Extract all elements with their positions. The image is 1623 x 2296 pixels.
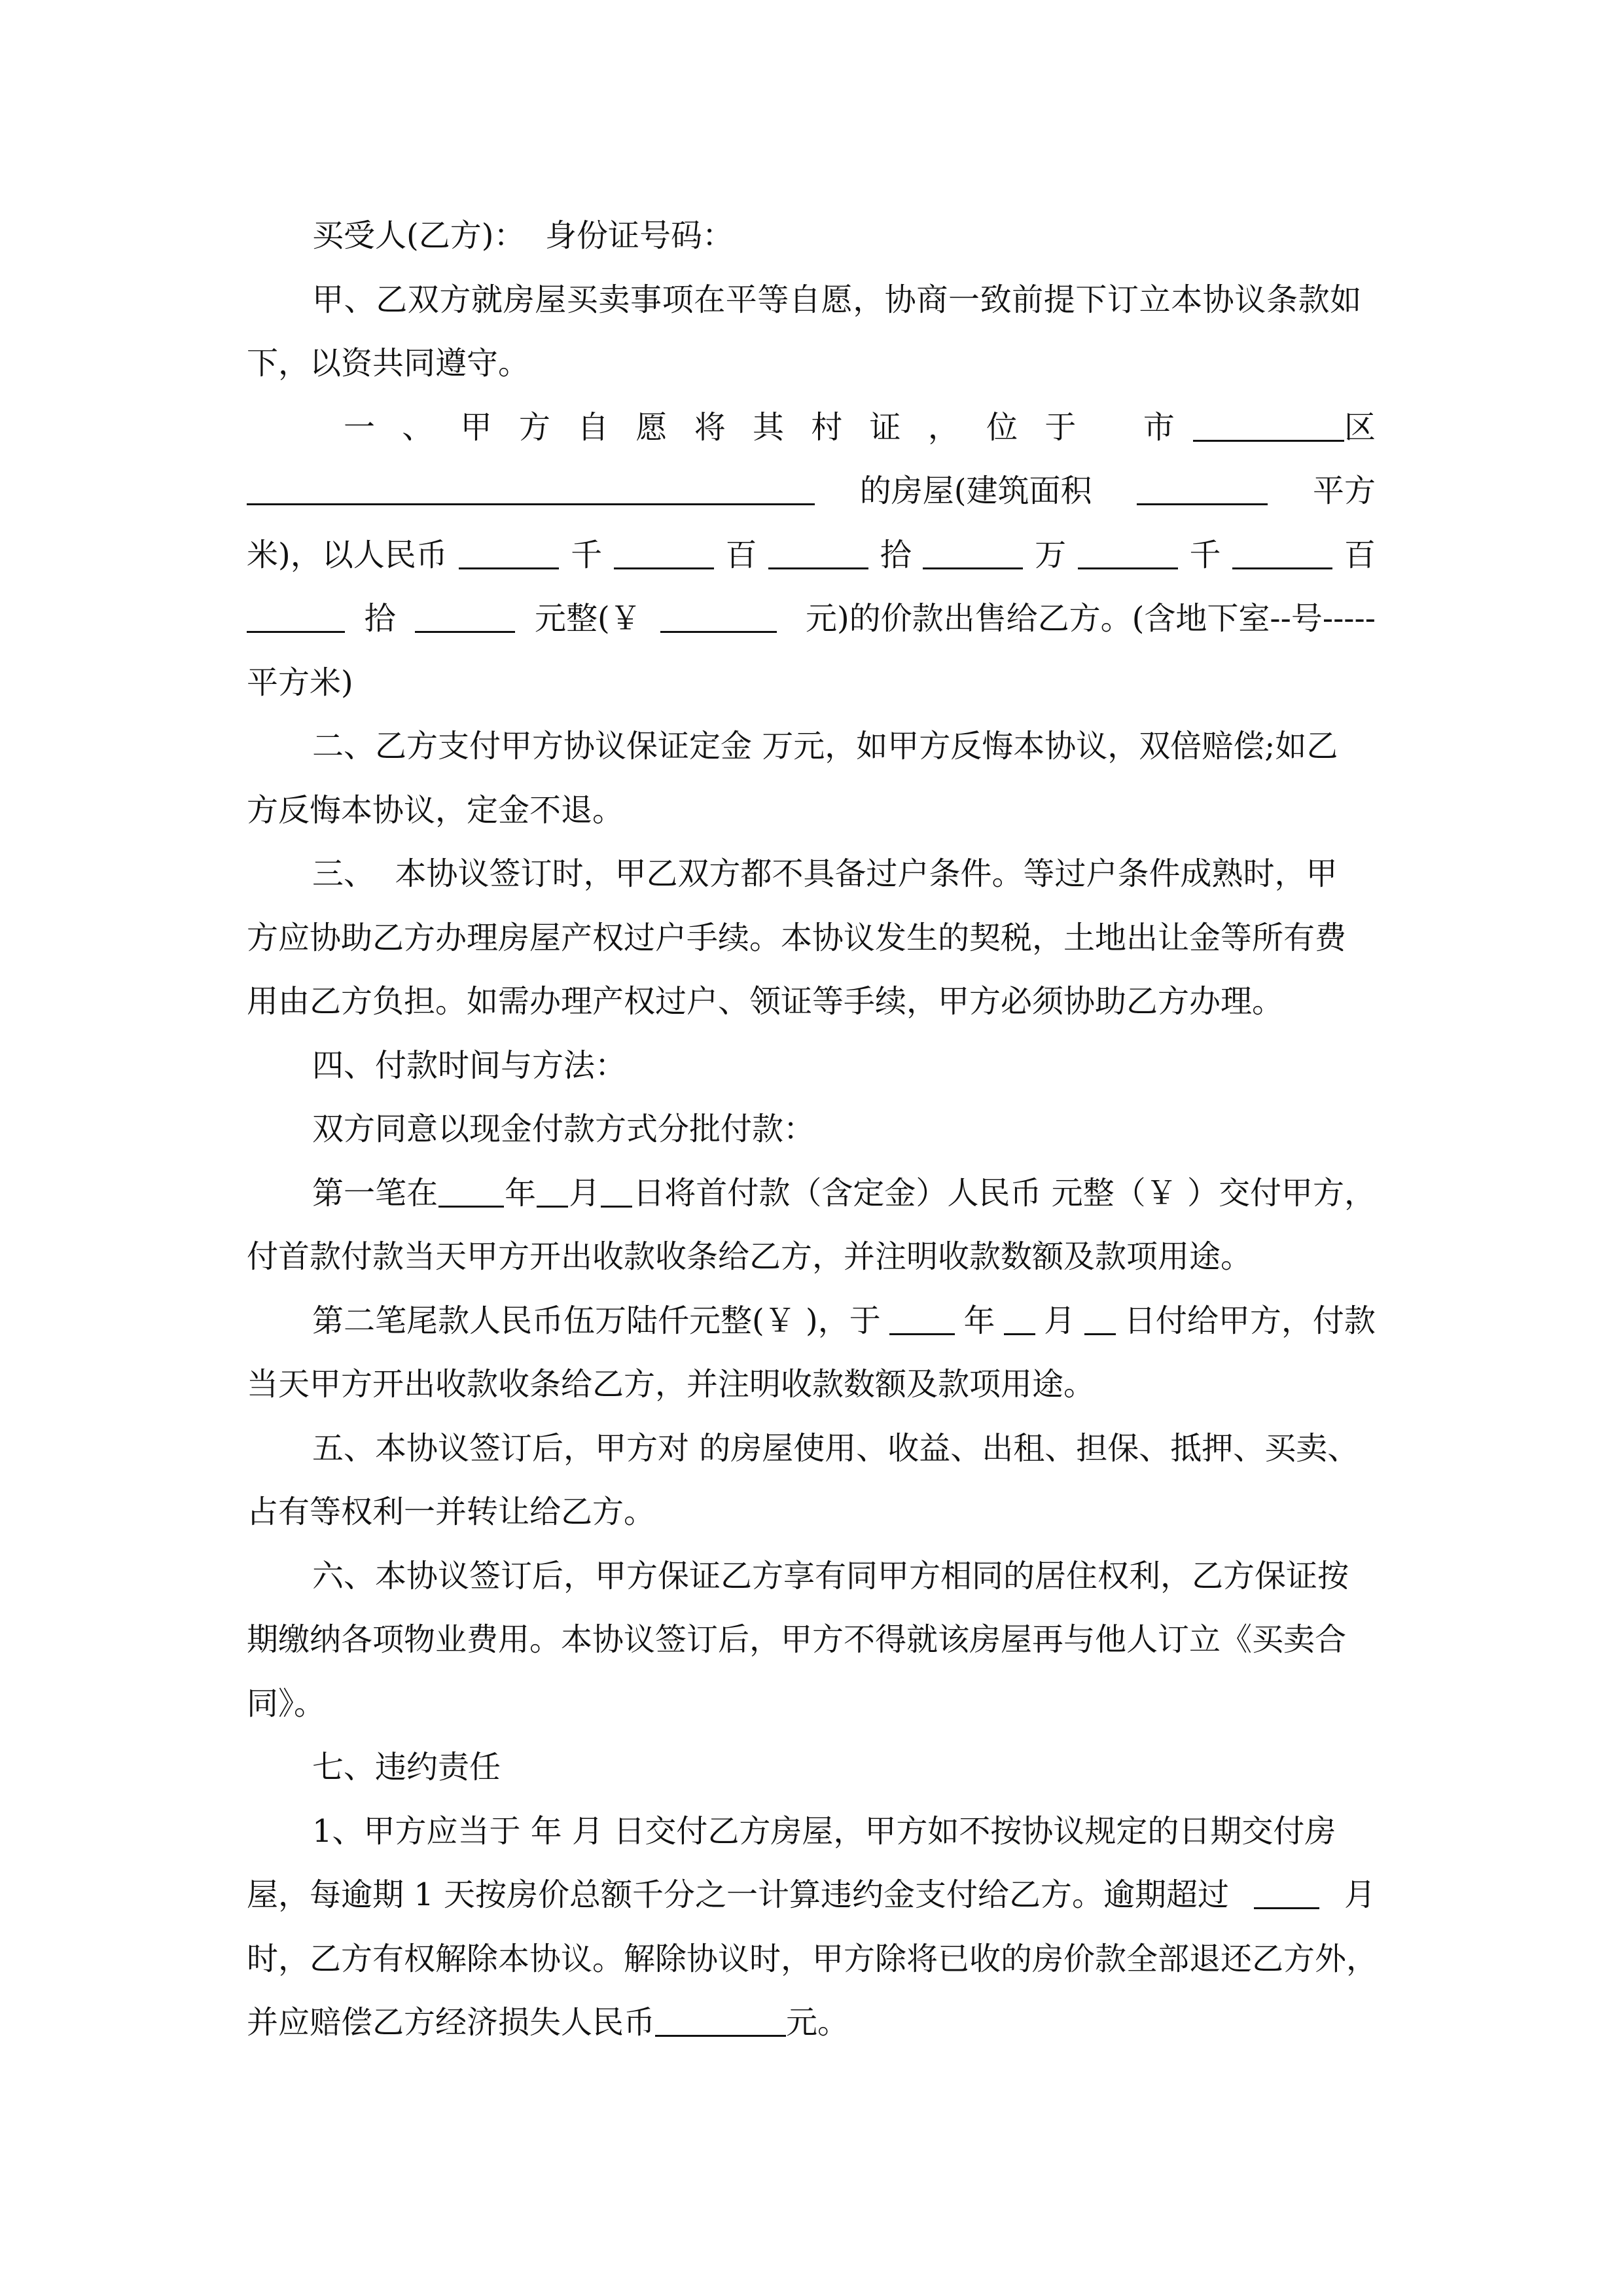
clause-1-char: 一 <box>344 396 375 460</box>
payment-1-text: 日将首付款（含定金）人民币 元整（￥ ）交付甲方， <box>633 1162 1376 1226</box>
clause-2-text-1: 二、乙方支付甲方协议保证定金 万元，如甲方反悔本协议，双倍赔偿;如乙 <box>312 715 1338 779</box>
clause-1-line-4: 拾 元整(￥ 元)的价款出售给乙方。(含地下室--号----- <box>247 587 1376 651</box>
month-label: 月 <box>569 1162 600 1226</box>
clause-7-text-2: 屋，每逾期 1 天按房价总额千分之一计算违约金支付给乙方。逾期超过 <box>247 1863 1229 1928</box>
payment-1-month-blank[interactable] <box>537 1179 568 1208</box>
clause-5-line-1: 五、本协议签订后，甲方对 的房屋使用、收益、出租、担保、抵押、买卖、 <box>247 1417 1376 1481</box>
clause-4-title: 四、付款时间与方法： <box>312 1034 626 1098</box>
amount-blank-7[interactable] <box>247 605 345 633</box>
payment-1-day-blank[interactable] <box>601 1179 632 1208</box>
preamble-text-2: 下，以资共同遵守。 <box>247 332 529 396</box>
clause-4-heading: 四、付款时间与方法： <box>247 1034 1376 1098</box>
clause-2-line-1: 二、乙方支付甲方协议保证定金 万元，如甲方反悔本协议，双倍赔偿;如乙 <box>247 715 1376 779</box>
clause-1-char: ， <box>928 396 959 460</box>
month-label: 月 <box>1344 1863 1376 1928</box>
clause-1-char: 村 <box>811 396 842 460</box>
address-blank[interactable] <box>247 477 815 505</box>
payment-2-line-1: 第二笔尾款人民币伍万陆仟元整(￥ )，于 年 月 日付给甲方，付款 <box>247 1289 1376 1354</box>
clause-2-text-2: 方反悔本协议，定金不退。 <box>247 779 624 843</box>
amount-blank-3[interactable] <box>768 541 868 569</box>
payment-1-line-2: 付首款付款当天甲方开出收款收条给乙方，并注明收款数额及款项用途。 <box>247 1225 1376 1289</box>
payment-1-line-1: 第一笔在 年 月 日将首付款（含定金）人民币 元整（￥ ）交付甲方， <box>247 1162 1376 1226</box>
amount-blank-1[interactable] <box>459 541 559 569</box>
unit-label: 百 <box>725 524 757 588</box>
year-label: 年 <box>963 1289 995 1354</box>
rmb-label: 米)，以人民币 <box>247 524 448 588</box>
payment-2-label: 第二笔尾款人民币伍万陆仟元整(￥ )，于 <box>312 1289 881 1354</box>
clause-6-text-3: 同》。 <box>247 1672 325 1736</box>
compensation-amount-blank[interactable] <box>655 2009 786 2037</box>
clause-5-text-1: 五、本协议签订后，甲方对 的房屋使用、收益、出租、担保、抵押、买卖、 <box>312 1417 1359 1481</box>
clause-7-text-1: 1、甲方应当于 年 月 日交付乙方房屋，甲方如不按协议规定的日期交付房 <box>312 1800 1336 1864</box>
amount-numeric-blank[interactable] <box>660 605 777 633</box>
clause-1-char: 自 <box>577 396 609 460</box>
area-blank[interactable] <box>1137 477 1268 505</box>
unit-label: 拾 <box>365 587 396 651</box>
clause-1-char: 、 <box>402 396 433 460</box>
price-tail: 元)的价款出售给乙方。(含地下室--号----- <box>806 587 1376 651</box>
compensation-label: 并应赔偿乙方经济损失人民币 <box>247 1991 655 2055</box>
clause-1-char: 市 <box>1143 396 1175 460</box>
amount-blank-8[interactable] <box>415 605 515 633</box>
district-blank[interactable] <box>1193 414 1344 442</box>
amount-blank-2[interactable] <box>614 541 714 569</box>
clause-6-line-3: 同》。 <box>247 1672 1376 1736</box>
clause-1-line-3: 米)，以人民币 千 百 拾 万 千 百 <box>247 524 1376 588</box>
payment-2-month-blank[interactable] <box>1004 1307 1035 1335</box>
preamble-line-1: 甲、乙双方就房屋买卖事项在平等自愿，协商一致前提下订立本协议条款如 <box>247 268 1376 332</box>
clause-3-line-2: 方应协助乙方办理房屋产权过户手续。本协议发生的契税，土地出让金等所有费 <box>247 906 1376 971</box>
clause-1-char <box>1103 396 1116 460</box>
clause-1-char: 甲 <box>461 396 492 460</box>
buyer-id-label: 买受人(乙方)： 身份证号码： <box>312 204 734 268</box>
unit-label: 百 <box>1344 524 1376 588</box>
clause-6-line-1: 六、本协议签订后，甲方保证乙方享有同甲方相同的居住权利，乙方保证按 <box>247 1545 1376 1609</box>
clause-7-item-1-line-1: 1、甲方应当于 年 月 日交付乙方房屋，甲方如不按协议规定的日期交付房 <box>247 1800 1376 1864</box>
payment-2-year-blank[interactable] <box>889 1307 955 1335</box>
unit-label: 千 <box>1190 524 1221 588</box>
clause-6-text-1: 六、本协议签订后，甲方保证乙方享有同甲方相同的居住权利，乙方保证按 <box>312 1545 1349 1609</box>
amount-blank-4[interactable] <box>923 541 1023 569</box>
clause-3-text-2: 方应协助乙方办理房屋产权过户手续。本协议发生的契税，土地出让金等所有费 <box>247 906 1346 971</box>
clause-7-text-3: 时，乙方有权解除本协议。解除协议时，甲方除将已收的房价款全部退还乙方外， <box>247 1928 1378 1992</box>
clause-1-char: 方 <box>519 396 550 460</box>
sqm-label-2: 平方米) <box>247 651 353 715</box>
clause-3-line-3: 用由乙方负担。如需办理产权过户、领证等手续，甲方必须协助乙方办理。 <box>247 970 1376 1034</box>
payment-2-text: 日付给甲方，付款 <box>1124 1289 1376 1354</box>
payment-2-receipt-text: 当天甲方开出收款收条给乙方，并注明收款数额及款项用途。 <box>247 1353 1095 1417</box>
clause-1-char: 证 <box>870 396 901 460</box>
clause-3-line-1: 三、 本协议签订时，甲乙双方都不具备过户条件。等过户条件成熟时，甲 <box>247 842 1376 906</box>
clause-1-line-1: 一 、 甲 方 自 愿 将 其 村 证 ， 位 于 市 区 <box>247 396 1376 460</box>
preamble-text-1: 甲、乙双方就房屋买卖事项在平等自愿，协商一致前提下订立本协议条款如 <box>312 268 1362 332</box>
unit-label: 千 <box>571 524 602 588</box>
clause-1-char: 于 <box>1044 396 1076 460</box>
buyer-line: 买受人(乙方)： 身份证号码： <box>247 204 1376 268</box>
payment-1-receipt-text: 付首款付款当天甲方开出收款收条给乙方，并注明收款数额及款项用途。 <box>247 1225 1252 1289</box>
sqm-label-1: 平方 <box>1313 459 1376 524</box>
unit-label: 拾 <box>880 524 912 588</box>
clause-7-title: 七、违约责任 <box>312 1736 501 1800</box>
district-label: 区 <box>1344 396 1376 460</box>
yuan-end-label: 元。 <box>786 1991 849 2055</box>
clause-2-line-2: 方反悔本协议，定金不退。 <box>247 779 1376 843</box>
clause-1-char: 其 <box>753 396 784 460</box>
payment-1-label: 第一笔在 <box>312 1162 438 1226</box>
clause-1-char: 将 <box>694 396 726 460</box>
yuan-label: 元整(￥ <box>535 587 641 651</box>
amount-blank-5[interactable] <box>1078 541 1178 569</box>
house-area-label: 的房屋(建筑面积 <box>860 459 1092 524</box>
payment-2-line-2: 当天甲方开出收款收条给乙方，并注明收款数额及款项用途。 <box>247 1353 1376 1417</box>
clause-7-item-1-line-3: 时，乙方有权解除本协议。解除协议时，甲方除将已收的房价款全部退还乙方外， <box>247 1928 1376 1992</box>
payment-2-day-blank[interactable] <box>1084 1307 1116 1335</box>
overdue-months-blank[interactable] <box>1254 1881 1319 1909</box>
amount-blank-6[interactable] <box>1232 541 1332 569</box>
clause-1-spread: 一 、 甲 方 自 愿 将 其 村 证 ， 位 于 市 <box>344 396 1175 460</box>
clause-7-heading: 七、违约责任 <box>247 1736 1376 1800</box>
clause-7-item-1-line-2: 屋，每逾期 1 天按房价总额千分之一计算违约金支付给乙方。逾期超过 月 <box>247 1863 1376 1928</box>
clause-3-text-1: 三、 本协议签订时，甲乙双方都不具备过户条件。等过户条件成熟时，甲 <box>312 842 1338 906</box>
payment-1-year-blank[interactable] <box>438 1179 504 1208</box>
clause-4-intro: 双方同意以现金付款方式分批付款： <box>247 1098 1376 1162</box>
month-label: 月 <box>1044 1289 1075 1354</box>
clause-1-char: 位 <box>986 396 1018 460</box>
clause-6-text-2: 期缴纳各项物业费用。本协议签订后，甲方不得就该房屋再与他人订立《买卖合 <box>247 1608 1346 1672</box>
clause-5-line-2: 占有等权利一并转让给乙方。 <box>247 1480 1376 1545</box>
year-label: 年 <box>505 1162 536 1226</box>
clause-4-intro-text: 双方同意以现金付款方式分批付款： <box>312 1098 815 1162</box>
clause-1-line-2: 的房屋(建筑面积 平方 <box>247 459 1376 524</box>
clause-7-item-1-line-4: 并应赔偿乙方经济损失人民币 元。 <box>247 1991 1376 2055</box>
clause-1-char: 愿 <box>635 396 667 460</box>
preamble-line-2: 下，以资共同遵守。 <box>247 332 1376 396</box>
clause-3-text-3: 用由乙方负担。如需办理产权过户、领证等手续，甲方必须协助乙方办理。 <box>247 970 1283 1034</box>
unit-label: 万 <box>1035 524 1066 588</box>
clause-6-line-2: 期缴纳各项物业费用。本协议签订后，甲方不得就该房屋再与他人订立《买卖合 <box>247 1608 1376 1672</box>
clause-1-line-5: 平方米) <box>247 651 1376 715</box>
contract-page: 买受人(乙方)： 身份证号码： 甲、乙双方就房屋买卖事项在平等自愿，协商一致前提… <box>247 204 1376 2055</box>
clause-5-text-2: 占有等权利一并转让给乙方。 <box>247 1480 655 1545</box>
